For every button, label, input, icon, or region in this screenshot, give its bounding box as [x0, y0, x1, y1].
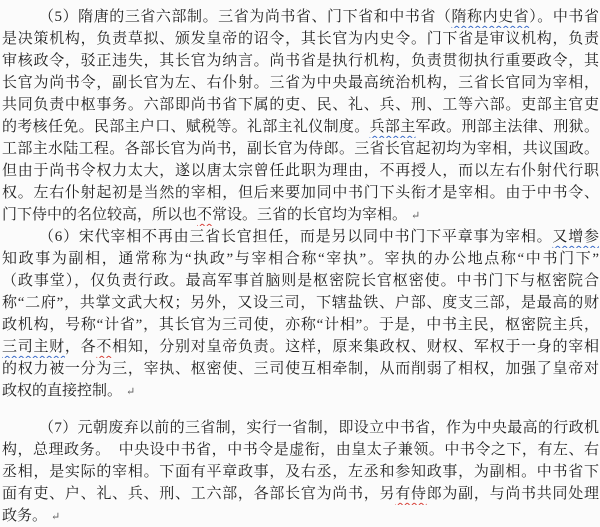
para-6-song: （6）宋代宰相不再由三省长官担任，而是另以同中书门下平章事为宰相。又增参知政事为…	[2, 226, 599, 402]
text-line: 面有吏、户、礼、兵、刑、工六部，各部长官为尚书，另有侍郎为副，与尚书共同处理	[2, 483, 599, 505]
text-segment: ，各	[65, 339, 96, 355]
text-segment: 军政。刑部主法律、刑狱。	[416, 119, 599, 135]
text-segment: 的考核任免。民部主户口、赋税等。礼部主礼仪制度。	[2, 119, 370, 135]
text-segment: 门下侍中的名位较高，所以也	[2, 207, 197, 223]
text-segment: 构，总理政务。 中央设中书省，中书令是虚衔，由皇太子兼领。中书令之下，有左、右	[2, 442, 599, 458]
text-segment: 但由于尚书令权力太大，遂以唐太宗曾任此职为理由，不再授人，而以左右仆射代行职	[2, 163, 599, 179]
text-segment: 面有吏、户、礼、兵、刑、工六部，各部长官为尚书，另	[2, 486, 395, 502]
text-segment: 工部主水陆工程。各部长官为尚书，副长官为侍郎。三省长官起初均为宰相，共议国政。	[2, 141, 599, 157]
text-line: 政权的直接控制。↵	[2, 380, 599, 402]
text-line: （7）元朝废弃以前的三省制，实行一省制，即设立中书省，作为中央最高的行政机	[2, 417, 599, 439]
text-line: 审核政令，驳正违失，其长官为纳言。尚书省是执行机构，负责贯彻执行重要政令，其	[2, 50, 599, 72]
text-segment: （6）宋代宰相不再由三省长官担任，而是另以同中书门下平章事为宰相。	[39, 229, 552, 245]
text-segment: 长官为尚书令，副长官为左、右仆射。三省为中央最高统治机构，三省长官同为宰相，	[2, 75, 599, 91]
text-segment: 政机构，号称“计省”，其长官为三司使，亦称“计相”。于是，中书主民，枢密院主兵，	[2, 317, 599, 333]
text-line: （政事堂），仅负责行政。最高军事首脑则是枢密院长官枢密使。中书门下与枢密院合	[2, 270, 599, 292]
text-line: （6）宋代宰相不再由三省长官担任，而是另以同中书门下平章事为宰相。又增参	[2, 226, 599, 248]
para-5-sui-tang: （5）隋唐的三省六部制。三省为尚书省、门下省和中书省（隋称内史省）。中书省是决策…	[2, 6, 599, 226]
text-segment: 常设。三省的长官均为宰相。	[212, 207, 407, 223]
text-segment: 知政事为副相，通常称为“执政”与宰相合称“宰执”。宰执的办公地点称“中书门下”	[2, 251, 599, 267]
spellcheck-flagged-text: 有侍	[395, 486, 426, 502]
text-segment: 政权的直接控制。	[2, 383, 122, 399]
text-line: 政机构，号称“计省”，其长官为三司使，亦称“计相”。于是，中书主民，枢密院主兵，	[2, 314, 599, 336]
text-line: 丞相，是实际的宰相。下面有平章政事，及右丞，左丞和参知政事，为副相。中书省下	[2, 461, 599, 483]
spellcheck-flagged-text: 又增参	[552, 229, 599, 245]
text-line: 的权力被一分为三，宰执、枢密使、三司使互相牵制，从而削弱了相权，加强了皇帝对	[2, 358, 599, 380]
spellcheck-flagged-text: 三司主财	[2, 339, 65, 355]
text-line: （5）隋唐的三省六部制。三省为尚书省、门下省和中书省（隋称内史省）。中书省	[2, 6, 599, 28]
text-line: 称“二府”，共掌文武大权；另外，又设三司，下辖盐铁、户部、度支三部，是最高的财	[2, 292, 599, 314]
text-line: 但由于尚书令权力太大，遂以唐太宗曾任此职为理由，不再授人，而以左右仆射代行职	[2, 160, 599, 182]
text-line: 长官为尚书令，副长官为左、右仆射。三省为中央最高统治机构，三省长官同为宰相，	[2, 72, 599, 94]
text-line: 门下侍中的名位较高，所以也不常设。三省的长官均为宰相。↵	[2, 204, 599, 226]
text-segment: 审核政令，驳正违失，其长官为纳言。尚书省是执行机构，负责贯彻执行重要政令，其	[2, 53, 599, 69]
text-segment: 共同负责中枢事务。六部即尚书省下属的吏、民、礼、兵、刑、工等六部。吏部主官吏	[2, 97, 599, 113]
text-segment: 相知，分别对皇帝负责。这样，原来集政权、财权、军权于一身的宰相	[112, 339, 599, 355]
text-segment: 郎为副，与尚书共同处理	[427, 486, 599, 502]
text-segment: （7）元朝废弃以前的三省制，实行一省制，即设立中书省，作为中央最高的行政机	[39, 420, 599, 436]
line-break-mark-icon: ↵	[47, 511, 60, 523]
text-segment: （5）隋唐的三省六部制。三省为尚书省、门下省和中书省（	[39, 9, 451, 25]
text-line: 权。左右仆射起初是当然的宰相，但后来要加同中书门下头衔才是宰相。由于中书令、	[2, 182, 599, 204]
text-line: 共同负责中枢事务。六部即尚书省下属的吏、民、礼、兵、刑、工等六部。吏部主官吏	[2, 94, 599, 116]
text-line: 三司主财，各不相知，分别对皇帝负责。这样，原来集政权、财权、军权于一身的宰相	[2, 336, 599, 358]
line-break-mark-icon: ↵	[407, 210, 420, 222]
text-segment: 丞相，是实际的宰相。下面有平章政事，及右丞，左丞和参知政事，为副相。中书省下	[2, 464, 599, 480]
spellcheck-flagged-text: 不	[96, 339, 112, 355]
document-page: （5）隋唐的三省六部制。三省为尚书省、门下省和中书省（隋称内史省）。中书省是决策…	[0, 0, 600, 527]
text-segment: ）。中书省	[529, 9, 599, 25]
text-line: 知政事为副相，通常称为“执政”与宰相合称“宰执”。宰执的办公地点称“中书门下”	[2, 248, 599, 270]
text-line: 政务。↵	[2, 505, 599, 527]
spellcheck-flagged-text: 兵部主	[370, 119, 416, 135]
text-segment: 称“二府”，共掌文武大权；另外，又设三司，下辖盐铁、户部、度支三部，是最高的财	[2, 295, 599, 311]
text-line: 构，总理政务。 中央设中书省，中书令是虚衔，由皇太子兼领。中书令之下，有左、右	[2, 439, 599, 461]
spellcheck-flagged-text: 隋称内史省	[451, 9, 529, 25]
text-segment: 的权力被一分为三，宰执、枢密使、三司使互相牵制，从而削弱了相权，加强了皇帝对	[2, 361, 599, 377]
text-segment: 权。左右仆射起初是当然的宰相，但后来要加同中书门下头衔才是宰相。由于中书令、	[2, 185, 599, 201]
spellcheck-flagged-text: 不	[197, 207, 212, 223]
text-line: 的考核任免。民部主户口、赋税等。礼部主礼仪制度。兵部主军政。刑部主法律、刑狱。	[2, 116, 599, 138]
text-line: 工部主水陆工程。各部长官为尚书，副长官为侍郎。三省长官起初均为宰相，共议国政。	[2, 138, 599, 160]
line-break-mark-icon: ↵	[122, 386, 135, 398]
text-line: 是决策机构，负责草拟、颁发皇帝的诏令，其长官为内史令。门下省是审议机构，负责	[2, 28, 599, 50]
text-segment: （政事堂），仅负责行政。最高军事首脑则是枢密院长官枢密使。中书门下与枢密院合	[2, 273, 599, 289]
text-segment: 是决策机构，负责草拟、颁发皇帝的诏令，其长官为内史令。门下省是审议机构，负责	[2, 31, 599, 47]
para-7-yuan: （7）元朝废弃以前的三省制，实行一省制，即设立中书省，作为中央最高的行政机构，总…	[2, 417, 599, 527]
text-segment: 政务。	[2, 508, 47, 524]
